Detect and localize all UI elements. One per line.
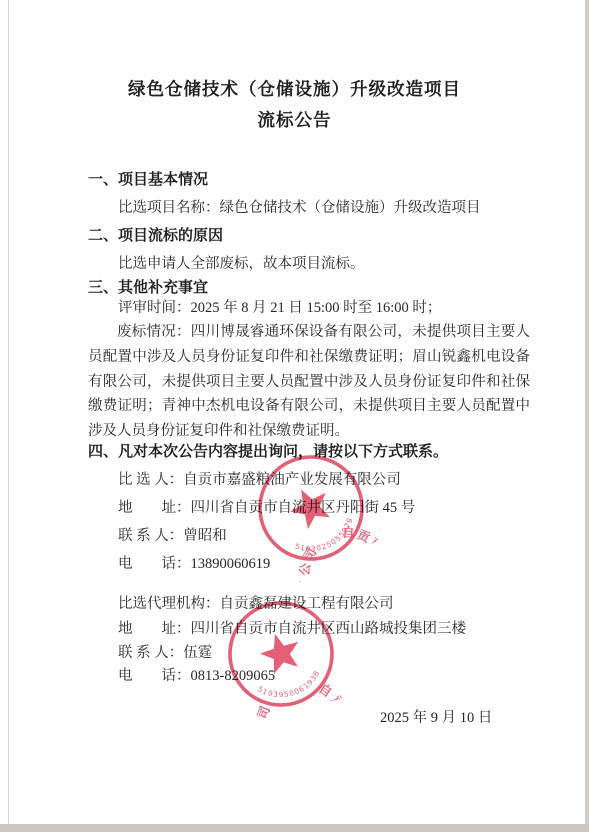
buyer-label-phone: 电 话： <box>118 552 191 573</box>
page-title: 绿色仓储技术（仓储设施）升级改造项目 流标公告 <box>0 74 589 136</box>
buyer-row-contact: 联 系 人：曾昭和 <box>118 524 227 545</box>
section1-heading: 一、项目基本情况 <box>88 168 208 189</box>
section2-body: 比选申请人全部废标，故本项目流标。 <box>88 252 365 273</box>
page-title-line2: 流标公告 <box>0 105 589 136</box>
buyer-label-address: 地 址： <box>118 496 191 517</box>
scan-edge-bottom <box>0 824 589 832</box>
section3-heading: 三、其他补充事宜 <box>88 276 208 297</box>
section2-heading: 二、项目流标的原因 <box>88 224 223 245</box>
agency-label-name: 比选代理机构： <box>118 592 220 613</box>
buyer-label-bidder: 比 选 人： <box>118 468 183 489</box>
star-icon <box>256 628 305 676</box>
buyer-row-phone: 电 话：13890060619 <box>118 552 270 573</box>
agency-label-phone: 电 话： <box>118 664 191 685</box>
buyer-label-contact: 联 系 人： <box>118 524 183 545</box>
section4-heading: 四、凡对本次公告内容提出询问，请按以下方式联系。 <box>88 440 448 461</box>
agency-label-contact: 联 系 人： <box>118 641 183 662</box>
announcement-date: 2025 年 9 月 10 日 <box>380 706 530 727</box>
document-page: 绿色仓储技术（仓储设施）升级改造项目 流标公告 一、项目基本情况 比选项目名称：… <box>0 0 589 832</box>
agency-row-contact: 联 系 人：伍霆 <box>118 641 212 662</box>
section1-body: 比选项目名称：绿色仓储技术（仓储设施）升级改造项目 <box>88 196 481 217</box>
agency-value-contact: 伍霆 <box>183 645 212 661</box>
buyer-value-phone: 13890060619 <box>191 556 271 572</box>
buyer-value-contact: 曾昭和 <box>183 528 227 544</box>
section3-para2: 废标情况：四川博晟睿通环保设备有限公司，未提供项目主要人员配置中涉及人员身份证复… <box>88 320 530 444</box>
section3-para1: 评审时间：2025 年 8 月 21 日 15:00 时至 16:00 时； <box>88 296 441 317</box>
page-title-line1: 绿色仓储技术（仓储设施）升级改造项目 <box>0 74 589 105</box>
agency-label-address: 地 址： <box>118 617 191 638</box>
star-icon <box>283 480 336 532</box>
